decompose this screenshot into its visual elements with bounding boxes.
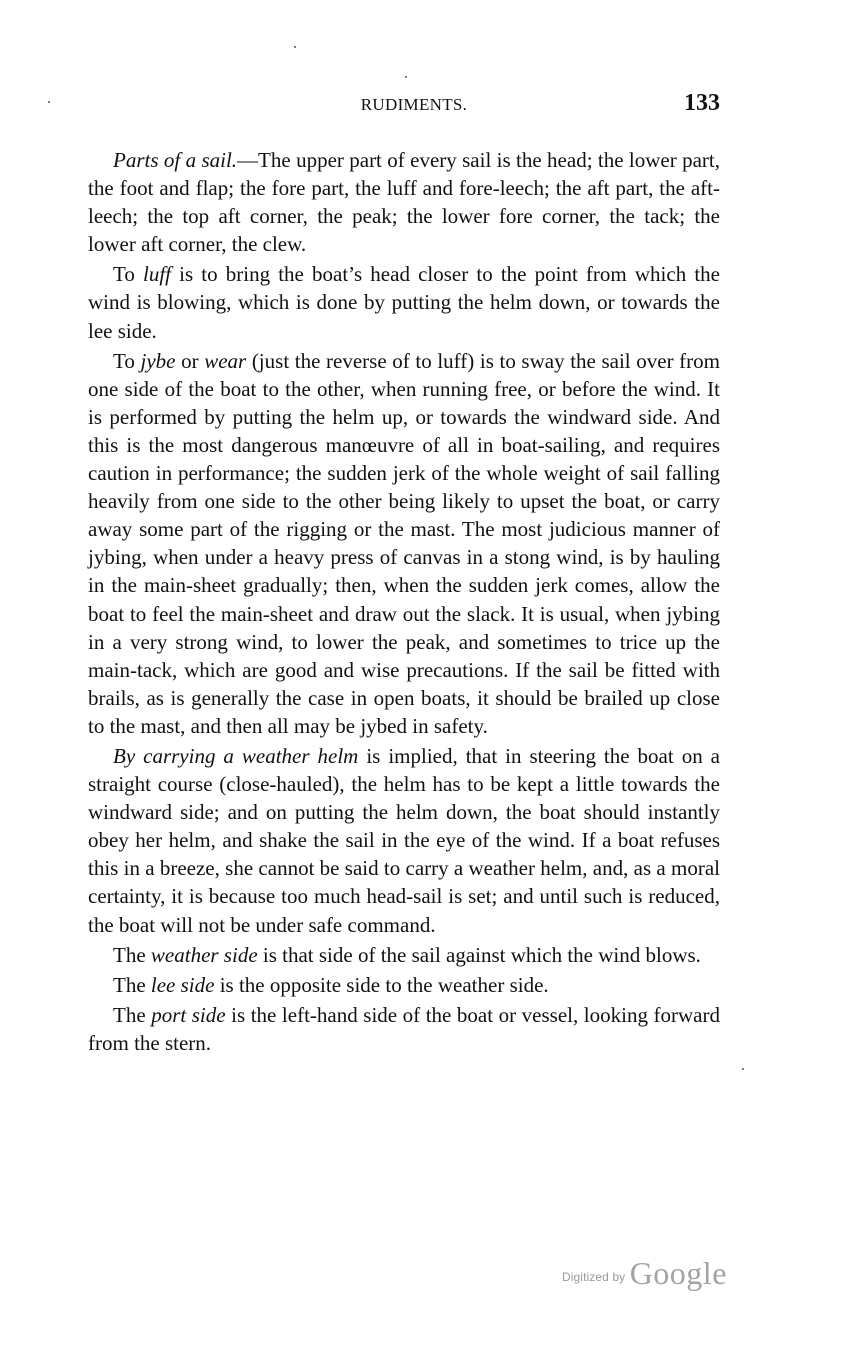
term-parts-of-a-sail: Parts of a sail. xyxy=(113,148,237,172)
paragraph-lee-side: The lee side is the opposite side to the… xyxy=(88,971,720,999)
term-jybe: jybe xyxy=(140,349,175,373)
scan-speck xyxy=(405,76,407,78)
term-port-side: port side xyxy=(151,1003,225,1027)
term-weather-side: weather side xyxy=(151,943,258,967)
term-weather-helm: By carrying a weather helm xyxy=(113,744,358,768)
page-number: 133 xyxy=(684,90,720,117)
running-head: RUDIMENTS. 133 xyxy=(88,90,720,124)
scan-speck xyxy=(294,46,296,48)
google-logo-text: Google xyxy=(630,1255,727,1291)
paragraph-weather-helm: By carrying a weather helm is implied, t… xyxy=(88,742,720,939)
term-lee-side: lee side xyxy=(151,973,215,997)
paragraph-jybe: To jybe or wear (just the reverse of to … xyxy=(88,347,720,740)
term-wear: wear xyxy=(204,349,246,373)
book-page: RUDIMENTS. 133 Parts of a sail.—The uppe… xyxy=(88,90,720,1057)
watermark-prefix: Digitized by xyxy=(562,1270,625,1284)
scan-speck xyxy=(742,1068,744,1070)
paragraph-parts-of-a-sail: Parts of a sail.—The upper part of every… xyxy=(88,146,720,258)
paragraph-weather-side: The weather side is that side of the sai… xyxy=(88,941,720,969)
scan-speck xyxy=(48,101,50,103)
running-title: RUDIMENTS. xyxy=(88,95,720,115)
term-luff: luff xyxy=(143,262,171,286)
paragraph-port-side: The port side is the left-hand side of t… xyxy=(88,1001,720,1057)
body-text: Parts of a sail.—The upper part of every… xyxy=(88,146,720,1057)
paragraph-luff: To luff is to bring the boat’s head clos… xyxy=(88,260,720,344)
digitized-watermark: Digitized by Google xyxy=(562,1255,727,1292)
